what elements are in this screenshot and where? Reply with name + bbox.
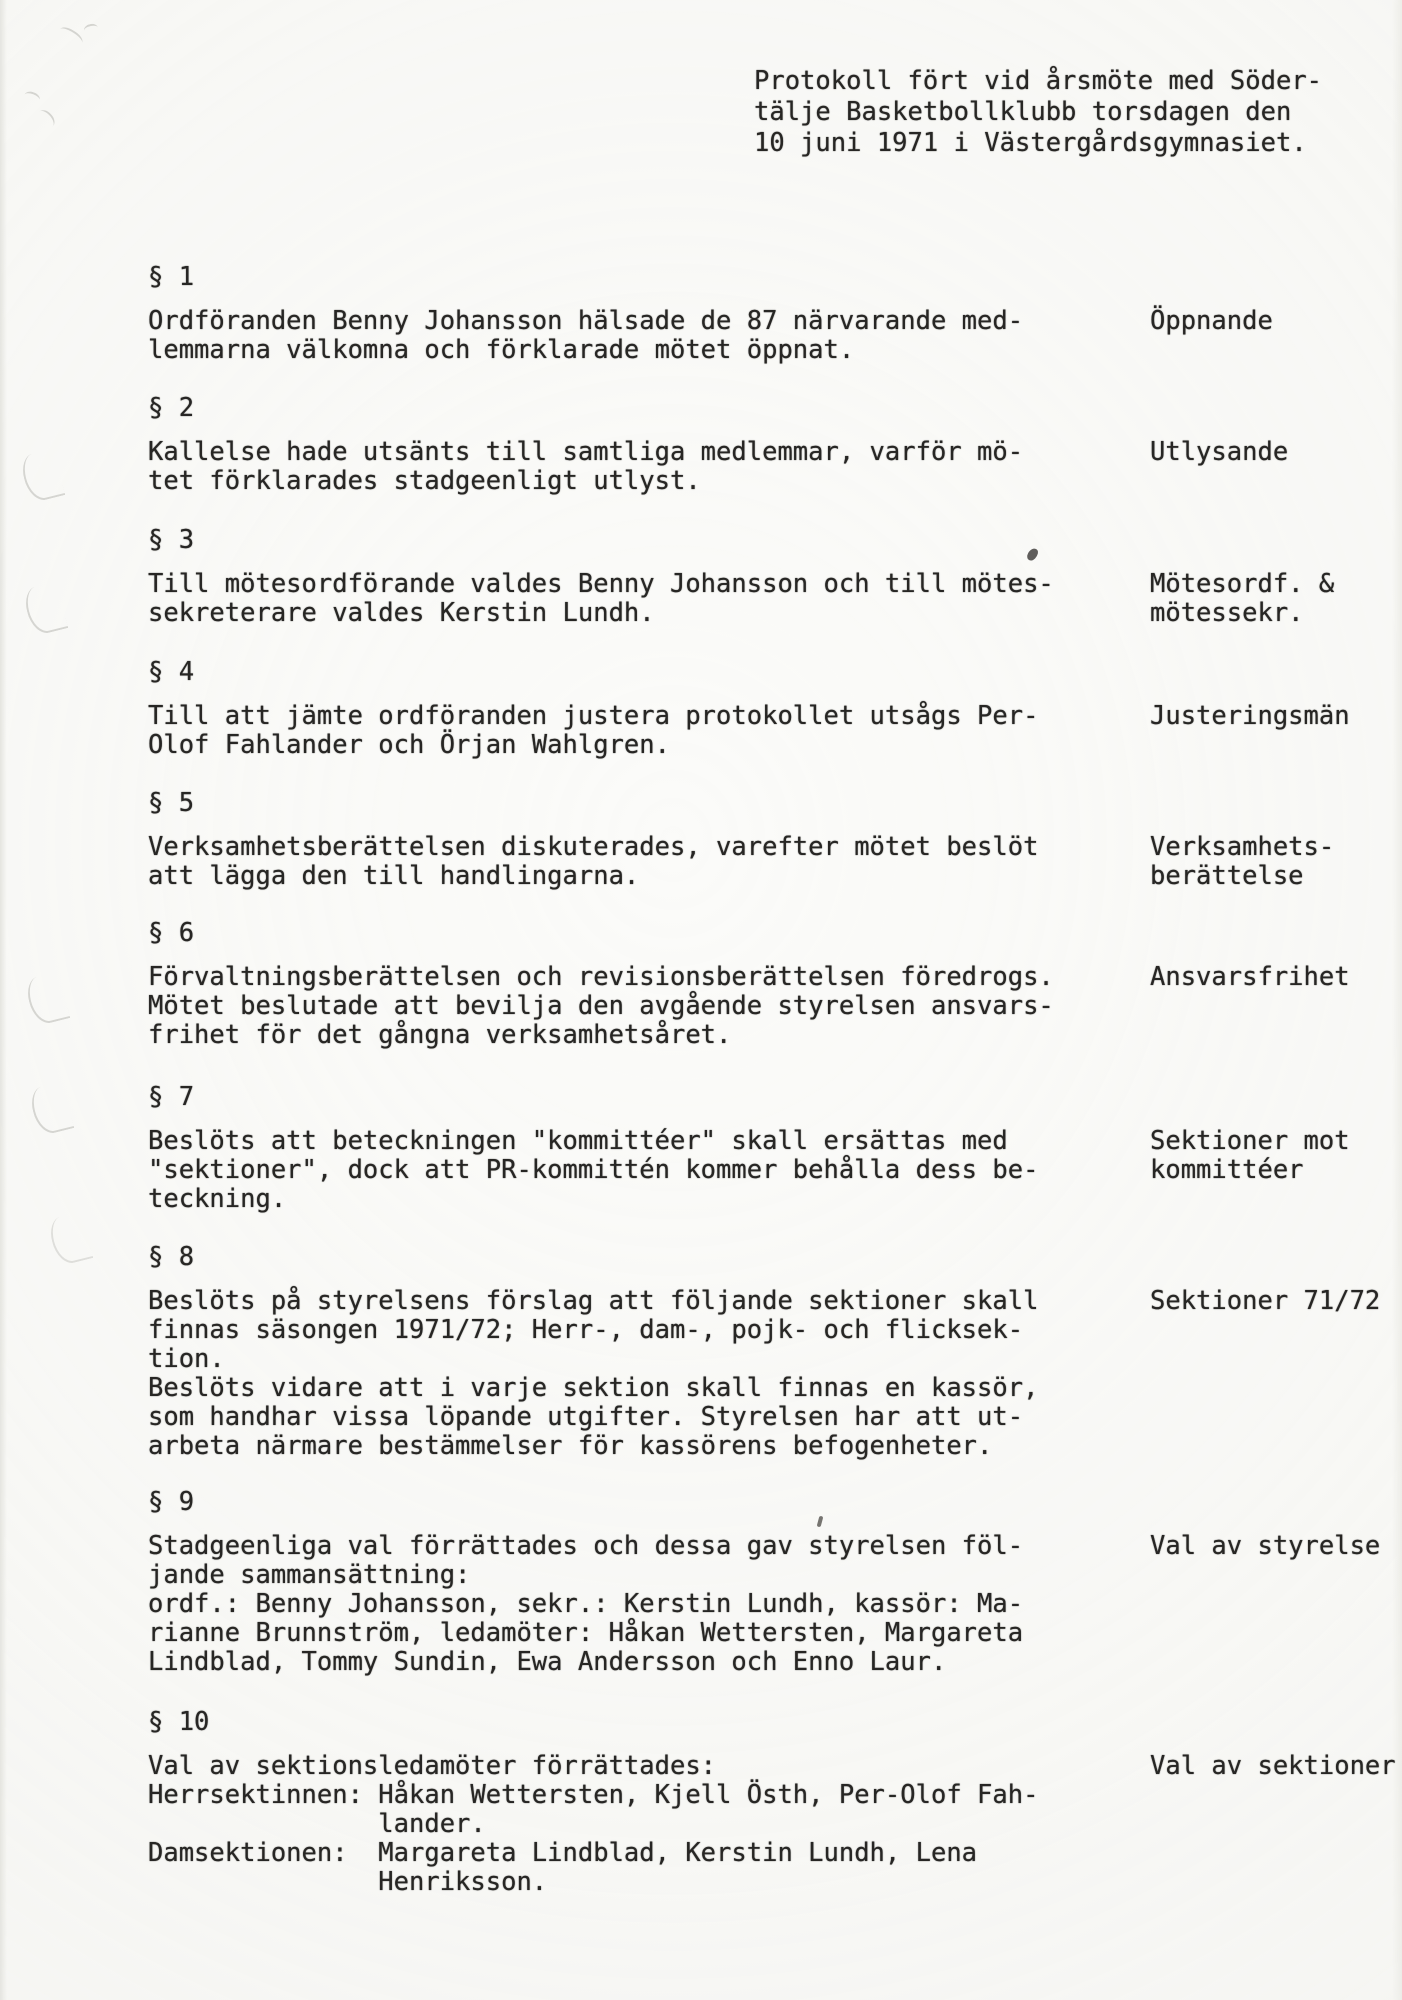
ink-blot-mark bbox=[1025, 547, 1039, 563]
margin-note: Val av styrelse bbox=[1150, 1532, 1380, 1561]
pencil-arc-mark bbox=[24, 971, 71, 1026]
section-body: Kallelse hade utsänts till samtliga medl… bbox=[148, 438, 1023, 496]
margin-note: Sektioner mot kommittéer bbox=[1150, 1127, 1350, 1185]
pencil-arc-mark bbox=[28, 1081, 75, 1136]
pencil-smudge-mark bbox=[83, 23, 99, 36]
pencil-smudge-mark bbox=[57, 24, 85, 48]
pencil-smudge-mark bbox=[23, 90, 42, 106]
margin-note: Utlysande bbox=[1150, 438, 1288, 467]
section-heading: § 5 bbox=[148, 789, 194, 818]
section-body: Förvaltningsberättelsen och revisionsber… bbox=[148, 963, 1054, 1050]
pencil-arc-mark bbox=[47, 1211, 94, 1266]
section-heading: § 2 bbox=[148, 394, 194, 423]
section-heading: § 10 bbox=[148, 1708, 209, 1737]
section-heading: § 6 bbox=[148, 919, 194, 948]
ink-blot-mark bbox=[817, 1516, 824, 1528]
margin-note: Sektioner 71/72 bbox=[1150, 1287, 1380, 1316]
margin-note: Ansvarsfrihet bbox=[1150, 963, 1350, 992]
section-heading: § 7 bbox=[148, 1083, 194, 1112]
section-body: Verksamhetsberättelsen diskuterades, var… bbox=[148, 833, 1038, 891]
margin-note: Justeringsmän bbox=[1150, 702, 1350, 731]
pencil-arc-mark bbox=[22, 581, 69, 636]
margin-note: Val av sektioner bbox=[1150, 1752, 1396, 1781]
section-heading: § 9 bbox=[148, 1488, 194, 1517]
section-body: Beslöts att beteckningen "kommittéer" sk… bbox=[148, 1127, 1038, 1214]
section-body: Till mötesordförande valdes Benny Johans… bbox=[148, 570, 1054, 628]
margin-note: Öppnande bbox=[1150, 307, 1273, 336]
section-heading: § 1 bbox=[148, 263, 194, 292]
document-header: Protokoll fört vid årsmöte med Söder- tä… bbox=[754, 66, 1322, 159]
section-body: Ordföranden Benny Johansson hälsade de 8… bbox=[148, 307, 1023, 365]
section-heading: § 8 bbox=[148, 1243, 194, 1272]
section-body: Beslöts på styrelsens förslag att följan… bbox=[148, 1287, 1038, 1461]
margin-note: Verksamhets- berättelse bbox=[1150, 833, 1334, 891]
section-body: Val av sektionsledamöter förrättades: He… bbox=[148, 1752, 1038, 1897]
section-heading: § 3 bbox=[148, 526, 194, 555]
section-body: Till att jämte ordföranden justera proto… bbox=[148, 702, 1038, 760]
section-body: Stadgeenliga val förrättades och dessa g… bbox=[148, 1532, 1023, 1677]
pencil-arc-mark bbox=[19, 448, 66, 503]
scanned-protocol-page: Protokoll fört vid årsmöte med Söder- tä… bbox=[0, 0, 1402, 2000]
margin-note: Mötesordf. & mötessekr. bbox=[1150, 570, 1334, 628]
section-heading: § 4 bbox=[148, 658, 194, 687]
pencil-smudge-mark bbox=[34, 107, 58, 131]
